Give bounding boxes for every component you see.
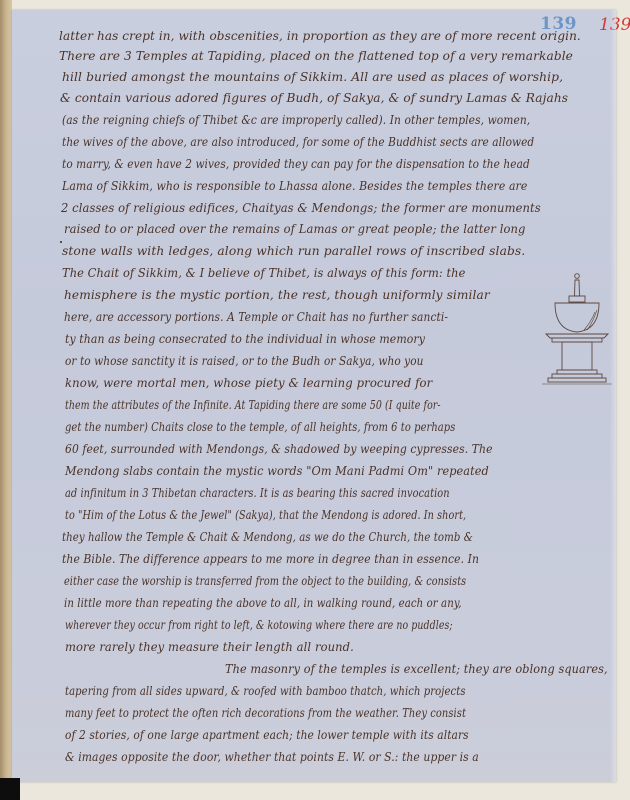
text-line: more rarely they measure their length al…	[65, 639, 354, 654]
text-line: ty than as being consecrated to the indi…	[65, 331, 425, 346]
text-line: & contain various adored figures of Budh…	[60, 90, 568, 105]
text-line: or to whose sanctity it is raised, or to…	[65, 353, 424, 368]
slab	[546, 334, 608, 338]
text-line: (as the reigning chiefs of Thibet &c are…	[62, 112, 530, 127]
text-line: Lama of Sikkim, who is responsible to Lh…	[62, 178, 527, 193]
step-2	[552, 374, 602, 378]
text-line: know, were mortal men, whose piety & lea…	[65, 375, 432, 390]
text-line: raised to or placed over the remains of …	[64, 221, 526, 236]
text-line: here, are accessory portions. A Temple o…	[64, 309, 448, 324]
text-line: There are 3 Temples at Tapiding, placed …	[59, 48, 573, 63]
text-line: & images opposite the door, whether that…	[65, 749, 479, 764]
text-line: in little more than repeating the above …	[64, 595, 462, 610]
text-line: the Bible. The difference appears to me …	[62, 551, 479, 566]
text-line: of 2 stories, of one large apartment eac…	[65, 727, 469, 742]
text-line: Mendong slabs contain the mystic words "…	[65, 463, 489, 478]
text-line: many feet to protect the often rich deco…	[65, 705, 466, 720]
text-line: the wives of the above, are also introdu…	[62, 134, 534, 149]
text-line: 60 feet, surrounded with Mendongs, & sha…	[65, 441, 493, 456]
manuscript-page: 139 139. latter has crept in, with obsce…	[12, 10, 616, 782]
text-line: 2 classes of religious edifices, Chaitya…	[61, 200, 541, 215]
text-line: ad infinitum in 3 Thibetan characters. I…	[65, 485, 450, 500]
text-line: stone walls with ledges, along which run…	[62, 243, 525, 258]
text-line: to marry, & even have 2 wives, provided …	[62, 156, 530, 171]
step-3	[548, 378, 606, 382]
pedestal-column	[562, 342, 592, 370]
text-line: The Chait of Sikkim, & I believe of Thib…	[62, 265, 465, 280]
text-line: get the number) Chaits close to the temp…	[65, 419, 455, 434]
step-1	[557, 370, 597, 374]
text-line: wherever they occur from right to left, …	[65, 617, 453, 632]
finial-spire	[575, 280, 580, 296]
folio-handwritten-number: 139.	[599, 15, 630, 35]
book-binding-edge	[0, 0, 12, 800]
text-line: hill buried amongst the mountains of Sik…	[62, 69, 563, 84]
text-line: tapering from all sides upward, & roofed…	[65, 683, 466, 698]
text-line: to "Him of the Lotus & the Jewel" (Sakya…	[65, 507, 466, 522]
text-line: latter has crept in, with obscenities, i…	[59, 28, 581, 43]
finial-ring-icon	[575, 274, 580, 279]
text-line: they hallow the Temple & Chait & Mendong…	[62, 529, 473, 544]
text-line: either case the worship is transferred f…	[64, 573, 466, 588]
text-line: them the attributes of the Infinite. At …	[65, 397, 441, 412]
text-line: hemisphere is the mystic portion, the re…	[64, 287, 490, 302]
text-line-indented: The masonry of the temples is excellent;…	[225, 661, 608, 676]
background-corner	[0, 778, 20, 800]
chait-monument-sketch	[542, 272, 612, 392]
square-cap	[569, 296, 585, 302]
